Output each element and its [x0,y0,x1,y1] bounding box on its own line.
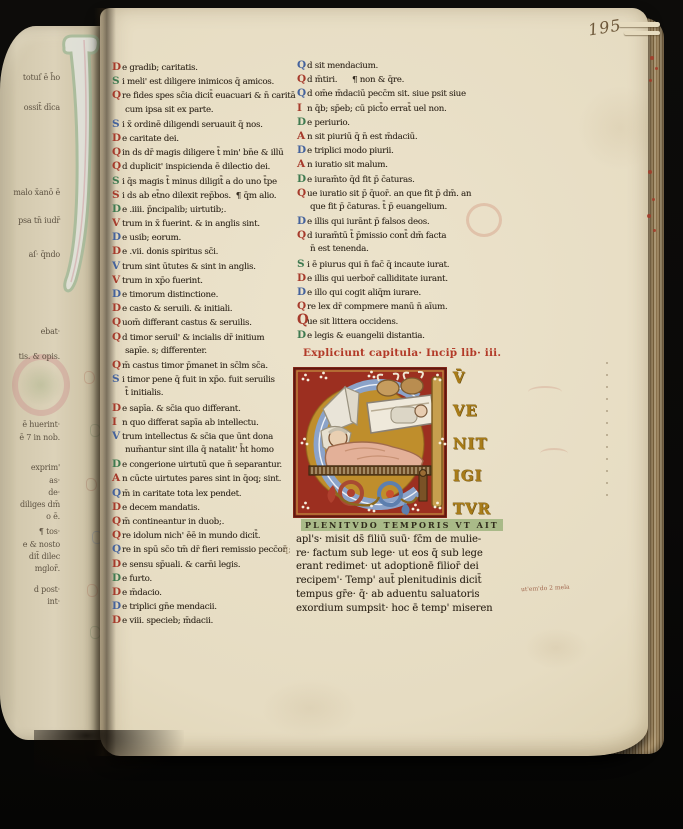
display-capital: IGI [453,467,507,485]
facing-line-fragment: totuſ ē h̄o [23,73,60,82]
display-capital: VE [453,402,507,420]
facing-line-fragment: int· [47,597,60,606]
facing-line-fragment: o ē. [46,512,60,521]
capitula-line: Si meli' est diligere inimicos q̄ amicos… [112,74,296,88]
capitula-line: Qre in spū sc̄o tm̄ dr̄ fieri remissio p… [112,542,296,556]
colored-initial: D [112,599,122,613]
facing-line-fragment: tis. & opis. [19,352,60,361]
edge-stain [655,67,658,70]
leaf-edge [624,31,660,35]
capitula-line: De illo qui cogit aliq̄m iurare. [297,285,501,299]
colored-initial: Q [112,358,122,372]
colored-initial: Q [112,330,122,344]
pricking-dot [606,422,608,424]
capitula-line: Qd om̄e m̄daciū pecc̄m sit. siue psit si… [297,86,501,100]
colored-initial: Q [112,528,122,542]
facing-line-fragment: mglor̄. [35,564,60,573]
colored-initial: Q [112,514,122,528]
colored-initial: Q [112,315,122,329]
facing-line-fragment: aſ· q̄ndo [29,250,60,259]
incipit-text: apl's· misit ds̄ filiū suū· fc̄m de muli… [296,533,492,615]
colored-initial: D [112,457,122,471]
capitula-line: Qre fides spes sc̄ia dicit̄ euacuari & n… [112,88,296,102]
colored-initial: D [297,285,307,299]
display-capital: V̄ [453,369,507,387]
colored-initial: S [112,74,122,88]
nativity-miniature [293,367,447,518]
colored-initial: Q [297,72,307,86]
capitula-line: Que iuratio sit p̄ q̄uor̄. an que fit p̄… [297,186,501,200]
colored-initial: S [112,188,122,202]
right-column: Qd sit mendacium.Qd m̄tiri. ¶ non & q̄re… [297,58,501,342]
facing-line-fragment: exprim' [31,463,60,472]
capitula-line: Que sit littera occidens. [297,313,501,327]
ink-offset-circle [466,203,502,237]
incipit-line: apl's· misit ds̄ filiū suū· fc̄m de muli… [296,533,492,547]
incipit-line: exordium sumpsit· hoc ē temp' miseren [296,602,492,616]
colored-initial: D [112,287,122,301]
colored-initial: A [112,471,122,485]
pricking-dot [606,458,608,460]
capitula-line: De casto & seruili. & initiali. [112,301,296,315]
facing-line-fragment: ¶ tos· [39,527,60,536]
pricking-dot [606,434,608,436]
capitula-line: Qre lex dr̄ compmere manū n̄ aīum. [297,299,501,313]
facing-line-fragment: de· [48,488,60,497]
facing-line-fragment: ē huerint· [22,420,60,429]
display-capital: TVR [453,500,507,518]
capitula-line: In q̄b; sp̄eb; cū pict̄o errat̄ uel non. [297,101,501,115]
colored-initial: D [112,500,122,514]
pricking-dot [606,494,608,496]
ink-offset-trace [540,448,568,459]
edge-stain [652,198,655,201]
capitula-line: Vtrum in xp̄o fuerint. [112,273,296,287]
edge-stain [653,229,656,232]
capitula-line: De periurio. [297,115,501,129]
incipit-line: erant redimet· ut adoptionē filior̄ dei [296,560,492,574]
capitula-line: De viii. specieb; m̄dacii. [112,613,296,627]
colored-initial: D [112,585,122,599]
display-capital: NIT [453,435,507,453]
colored-initial: D [297,172,307,186]
capitula-line: An sit piuriū q̄ n̄ est m̄daciū. [297,129,501,143]
facing-line-fragment: psa tn̄ iudr̄ [18,216,60,225]
capitula-line-continuation: sapīe. s; differenter. [112,344,296,358]
colored-initial: Q [297,86,307,100]
colored-initial: S [112,117,122,131]
colored-initial: A [297,129,307,143]
facing-line-fragment: e & nosto [23,540,60,549]
manuscript-photo: totuſ ē h̄oossit̄ dīcamalo x̄anō ēpsa tn… [0,0,683,829]
binding-shadow [34,730,184,786]
capitula-line-continuation: cum ipsa sit ex parte. [112,103,296,117]
ink-offset-trace [528,386,562,398]
colored-initial: Q [112,542,122,556]
facing-line-fragment: diliges dm̄ [20,500,60,509]
capitula-line: De illis qui uerbor̄ calliditate iurant. [297,271,501,285]
colored-initial: D [297,143,307,157]
pricking-dot [606,374,608,376]
capitula-line: De m̄dacio. [112,585,296,599]
display-capitals-venit-igitur: V̄VENITIGITVR [453,369,507,518]
colored-initial: Q [297,186,307,200]
capitula-line: In quo differat sapīa ab intellectu. [112,415,296,429]
colored-initial: Q [297,58,307,72]
edge-stain [649,79,652,82]
capitula-line: De triplici modo piurii. [297,143,501,157]
colored-initial: Q [112,159,122,173]
colored-initial: V [112,429,122,443]
capitula-line: Qin ds dr̄ magis diligere t̄ min' bn̄e &… [112,145,296,159]
capitula-line: De decem mandatis. [112,500,296,514]
colored-initial: D [112,244,122,258]
colored-initial: I [297,101,307,115]
facing-page: totuſ ē h̄oossit̄ dīcamalo x̄anō ēpsa tn… [0,26,104,740]
capitula-line: De timorum distinctione. [112,287,296,301]
pricking-dot [606,446,608,448]
colored-initial: S [297,257,307,271]
colored-initial: D [297,271,307,285]
edge-stain [647,214,651,218]
capitula-line: An iuratio sit malum. [297,157,501,171]
capitula-line-continuation: num̄antur sint illa q̄ natalit' h̄t homo [112,443,296,457]
pricking-dot [606,410,608,412]
facing-line-fragment: dit̄ dilec [29,552,60,561]
capitula-line: An cūcte uirtutes pares sint in q̄oq; si… [112,471,296,485]
capitula-line: De furto. [112,571,296,585]
facing-page-initial-o [12,354,70,416]
capitula-line: Qm̄ contineantur in duob;. [112,514,296,528]
capitula-line: De caritate dei. [112,131,296,145]
capitula-line-continuation: t̄ initialis. [112,386,296,400]
edge-stain [648,170,652,174]
capitula-line: Qd duplicit' inspicienda ē dilectio dei. [112,159,296,173]
colored-initial: Q [112,145,122,159]
colored-initial: D [112,230,122,244]
incipit-capitals: PLENITVDO TEMPORIS VT AIT [301,519,503,531]
capitula-line: Qd timor seruil' & incialis dr̄ initium [112,330,296,344]
colored-initial: D [112,301,122,315]
colored-initial: D [297,328,307,342]
capitula-line: Qre idolum nich' ēē in mundo dicit̄. [112,528,296,542]
capitula-line: Qd m̄tiri. ¶ non & q̄re. [297,72,501,86]
facing-line-fragment: ebat· [41,327,60,336]
colored-initial: S [112,174,122,188]
colored-initial: V [112,273,122,287]
capitula-line: De usib; eorum. [112,230,296,244]
incipit-line: re· factum sub lege· ut eos q̄ sub lege [296,547,492,561]
colored-initial: V [112,259,122,273]
left-column: De gradib; caritatis.Si meli' est dilige… [112,60,296,628]
facing-line-fragment: d post· [34,585,60,594]
capitula-line: De sensu sp̄uali. & carn̄i legis. [112,557,296,571]
pricking-dot [606,482,608,484]
capitula-line: Quom̄ differant castus & seruilis. [112,315,296,329]
facing-line-fragment: ossit̄ dīca [24,103,60,112]
capitula-line: Vtrum in x̄ fuerint. & in anglis sint. [112,216,296,230]
colored-initial: D [112,202,122,216]
colored-initial: A [297,157,307,171]
colored-initial: Q [297,228,307,242]
capitula-line: De iuram̄to q̄d fit p̄ c̄aturas. [297,172,501,186]
capitula-line: Vtrum sint ūtutes & sint in anglis. [112,259,296,273]
colored-initial: D [112,60,122,74]
facing-line-fragment: malo x̄anō ē [13,188,60,197]
capitula-line: Qm̄ castus timor p̄manet in sc̄lm sc̄a. [112,358,296,372]
capitula-line: De legis & euangelii distantia. [297,328,501,342]
capitula-line: Qm̄ in caritate tota lex pendet. [112,486,296,500]
colored-initial: Q [112,486,122,500]
capitula-line: Si ds ab et̄no dilexit rep̄bos. ¶ q̄m al… [112,188,296,202]
pricking-dot [606,362,608,364]
capitula-line: Si x̄ ordinē diligendi seruauit q̄ nos. [112,117,296,131]
colored-initial: D [112,401,122,415]
capitula-line: Si ē piurus qui n̄ fac̄ q̄ incaute iurat… [297,257,501,271]
incipit-line: tempus gr̄e· q̄· ab aduentu saluatoris [296,588,492,602]
capitula-line: De .vii. donis spiritus sc̄i. [112,244,296,258]
colored-initial: Q [297,313,307,327]
capitula-line: De triplici gn̄e mendacii. [112,599,296,613]
colored-initial: Q [297,299,307,313]
capitula-line: De sapīa. & sc̄ia quo differant. [112,401,296,415]
capitula-line: Si timor pene q̄ fuit in xp̄o. fuit seru… [112,372,296,386]
colored-initial: I [112,415,122,429]
leaf-edge [618,22,660,27]
facing-line-fragment: ē 7 in nob. [19,433,60,442]
colored-initial: D [112,557,122,571]
incipit-line: recipem'· Temp' aut̄ plenitudinis dicit̄ [296,574,492,588]
capitula-line: De gradib; caritatis. [112,60,296,74]
pricking-dot [606,470,608,472]
explicit-rubric: Expliciunt capitula· Incip̄ lib· iii. [303,347,501,359]
colored-initial: D [112,613,122,627]
pricking-dot [606,398,608,400]
colored-initial: D [112,131,122,145]
capitula-line: Vtrum intellectus & sc̄ia que ūnt dona [112,429,296,443]
colored-initial: D [297,214,307,228]
pricking-dot [606,386,608,388]
capitula-line-continuation: n̄ est tenenda. [297,242,501,256]
colored-initial: D [112,571,122,585]
colored-initial: S [112,372,122,386]
capitula-line: Si q̄s magis t̄ minus diligit̄ a do uno … [112,174,296,188]
margin-mark: q̄; [283,545,291,554]
capitula-line: De congerione uirtutū que n̄ separantur. [112,457,296,471]
facing-line-fragment: as· [49,476,60,485]
colored-initial: D [297,115,307,129]
colored-initial: Q [112,88,122,102]
colored-initial: V [112,216,122,230]
capitula-line: De .iiii. p̄ncipalib; uirtutib;. [112,202,296,216]
edge-stain [650,56,654,60]
capitula-line: Qd sit mendacium. [297,58,501,72]
